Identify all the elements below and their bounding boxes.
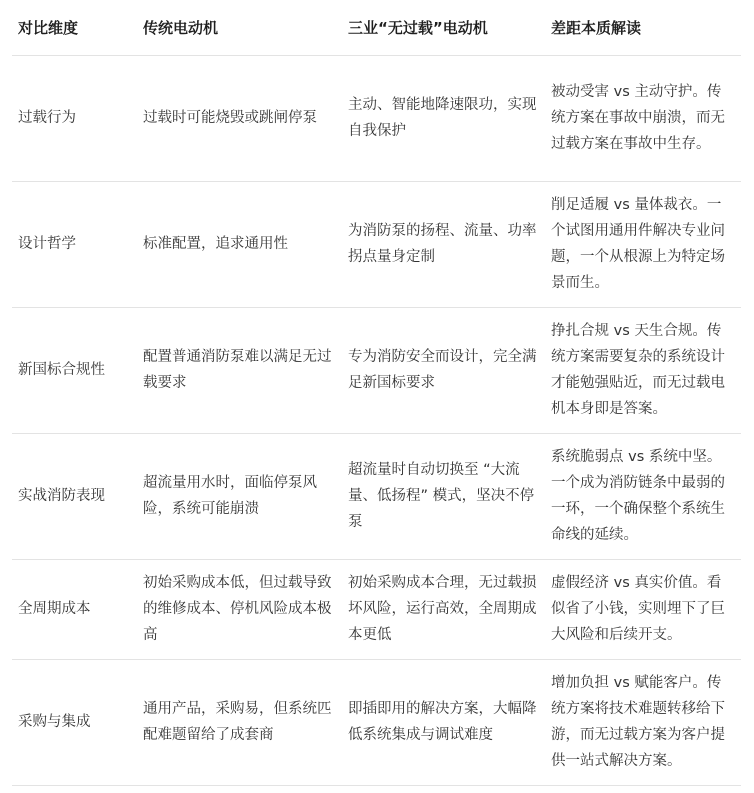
table-row: 新国标合规性 配置普通消防泵难以满足无过载要求 专为消防安全而设计，完全满足新国… — [12, 307, 741, 433]
cell-essence: 被动受害 vs 主动守护。传统方案在事故中崩溃，而无过载方案在事故中生存。 — [545, 55, 741, 181]
cell-dimension: 采购与集成 — [12, 659, 137, 785]
table-row: 全周期成本 初始采购成本低，但过载导致的维修成本、停机风险成本极高 初始采购成本… — [12, 559, 741, 659]
cell-essence: 削足适履 vs 量体裁衣。一个试图用通用件解决专业问题，一个从根源上为特定场景而… — [545, 181, 741, 307]
cell-dimension: 实战消防表现 — [12, 433, 137, 559]
table-row: 采购与集成 通用产品，采购易，但系统匹配难题留给了成套商 即插即用的解决方案，大… — [12, 659, 741, 785]
cell-dimension: 新国标合规性 — [12, 307, 137, 433]
cell-dimension: 全周期成本 — [12, 559, 137, 659]
table-header-row: 对比维度 传统电动机 三业“无过载”电动机 差距本质解读 — [12, 0, 741, 55]
cell-essence: 系统脆弱点 vs 系统中坚。一个成为消防链条中最弱的一环，一个确保整个系统生命线… — [545, 433, 741, 559]
cell-traditional: 过载时可能烧毁或跳闸停泵 — [137, 55, 342, 181]
cell-sanye: 初始采购成本合理，无过载损坏风险，运行高效，全周期成本更低 — [342, 559, 545, 659]
cell-traditional: 初始采购成本低，但过载导致的维修成本、停机风险成本极高 — [137, 559, 342, 659]
header-sanye-motor: 三业“无过载”电动机 — [342, 0, 545, 55]
cell-essence: 增加负担 vs 赋能客户。传统方案将技术难题转移给下游，而无过载方案为客户提供一… — [545, 659, 741, 785]
cell-traditional: 标准配置，追求通用性 — [137, 181, 342, 307]
cell-sanye: 超流量时自动切换至 “大流量、低扬程” 模式，坚决不停泵 — [342, 433, 545, 559]
cell-essence: 挣扎合规 vs 天生合规。传统方案需要复杂的系统设计才能勉强贴近，而无过载电机本… — [545, 307, 741, 433]
header-traditional-motor: 传统电动机 — [137, 0, 342, 55]
cell-essence: 虚假经济 vs 真实价值。看似省了小钱，实则埋下了巨大风险和后续开支。 — [545, 559, 741, 659]
comparison-table-container: 对比维度 传统电动机 三业“无过载”电动机 差距本质解读 过载行为 过载时可能烧… — [12, 0, 741, 786]
header-essence: 差距本质解读 — [545, 0, 741, 55]
cell-traditional: 通用产品，采购易，但系统匹配难题留给了成套商 — [137, 659, 342, 785]
cell-sanye: 专为消防安全而设计，完全满足新国标要求 — [342, 307, 545, 433]
cell-traditional: 超流量用水时，面临停泵风险，系统可能崩溃 — [137, 433, 342, 559]
cell-dimension: 过载行为 — [12, 55, 137, 181]
header-dimension: 对比维度 — [12, 0, 137, 55]
comparison-table: 对比维度 传统电动机 三业“无过载”电动机 差距本质解读 过载行为 过载时可能烧… — [12, 0, 741, 786]
cell-dimension: 设计哲学 — [12, 181, 137, 307]
cell-sanye: 即插即用的解决方案，大幅降低系统集成与调试难度 — [342, 659, 545, 785]
table-row: 过载行为 过载时可能烧毁或跳闸停泵 主动、智能地降速限功，实现自我保护 被动受害… — [12, 55, 741, 181]
cell-traditional: 配置普通消防泵难以满足无过载要求 — [137, 307, 342, 433]
table-row: 设计哲学 标准配置，追求通用性 为消防泵的扬程、流量、功率拐点量身定制 削足适履… — [12, 181, 741, 307]
cell-sanye: 为消防泵的扬程、流量、功率拐点量身定制 — [342, 181, 545, 307]
table-row: 实战消防表现 超流量用水时，面临停泵风险，系统可能崩溃 超流量时自动切换至 “大… — [12, 433, 741, 559]
cell-sanye: 主动、智能地降速限功，实现自我保护 — [342, 55, 545, 181]
